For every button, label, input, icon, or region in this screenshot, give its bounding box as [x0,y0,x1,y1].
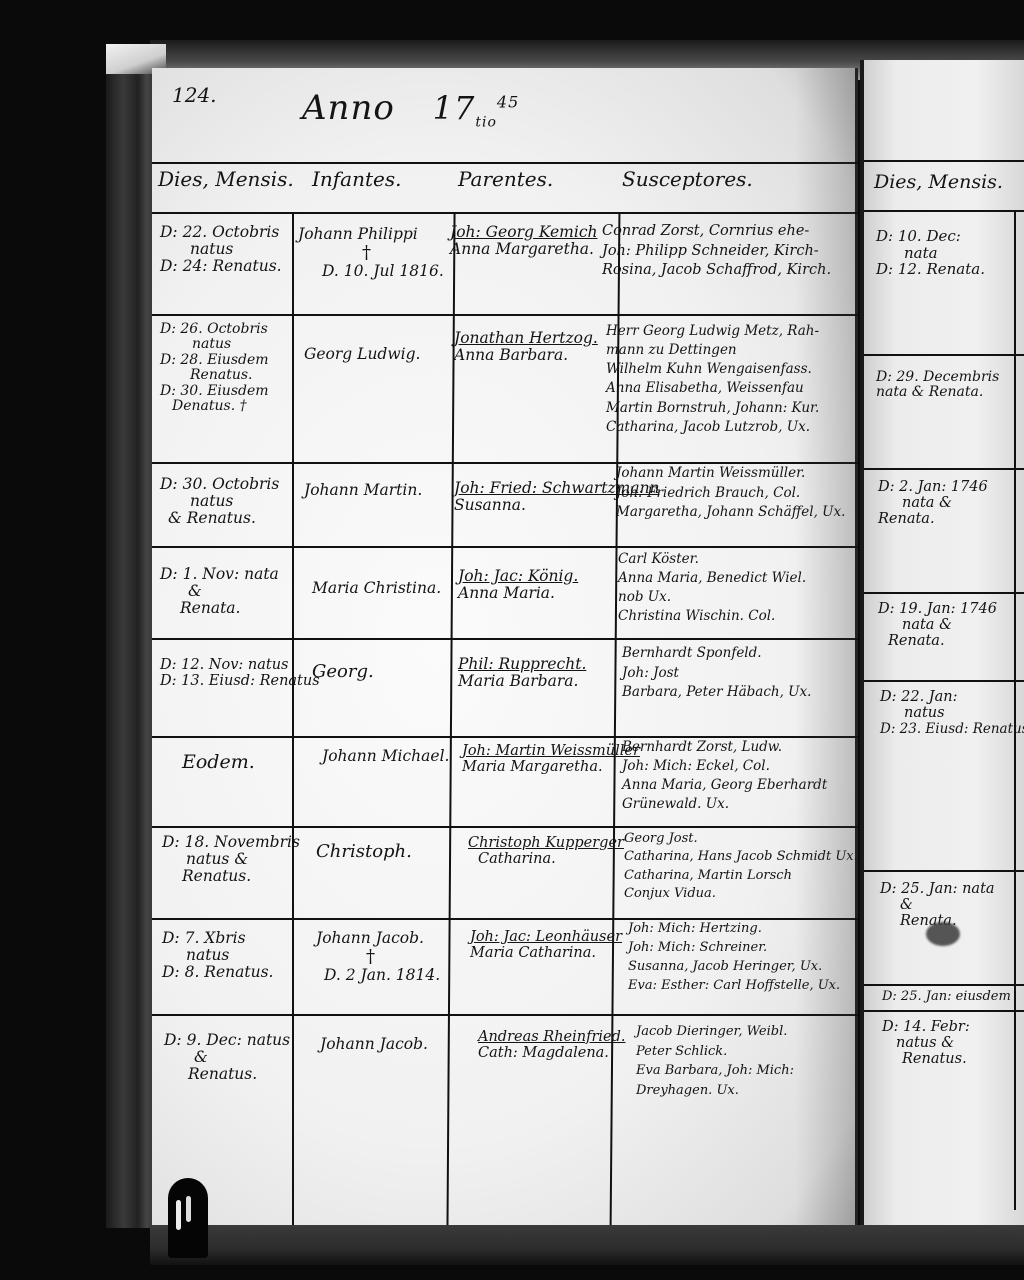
sponsor-line: mann zu Dettingen [606,341,819,360]
date-line: D: 1. Nov: nata [160,566,279,583]
facing-entry-4: D: 19. Jan: 1746 nata & Renata. [878,602,997,650]
date-line: Renatus. [162,868,300,885]
entry-8-date: D: 7. Xbris natus D: 8. Renatus. [162,930,273,981]
entry-3-date: D: 30. Octobris natus & Renatus. [160,476,279,527]
date-line: nata [876,245,985,262]
infant-name: Johann Jacob. [320,1036,428,1053]
entry-3-sponsors: Johann Martin Weissmüller. Joh: Friedric… [616,464,845,523]
row-rule [864,680,1024,682]
entry-4-parents: Joh: Jac: König. Anna Maria. [458,568,578,602]
entry-6-infant: Johann Michael. [322,748,449,765]
row-rule [864,870,1024,872]
date-line: D: 25. Jan: nata [880,882,995,898]
date-line: D: 24: Renatus. [160,258,282,275]
sponsor-line: Barbara, Peter Häbach, Ux. [622,683,811,703]
date-line: Renatus. [160,368,269,383]
row-rule [152,1014,858,1016]
infant-name: Johann Philippi [298,226,444,243]
title-year: 17tio45 [433,89,520,127]
sponsor-line: Catharina, Hans Jacob Schmidt Ux. [624,848,858,866]
sponsor-line: Christina Wischin. Col. [618,607,806,626]
facing-entry-2: D: 29. Decembris nata & Renata. [876,370,999,401]
date-line: D: 29. Decembris [876,370,999,385]
infant-name: Maria Christina. [312,580,441,597]
death-cross-icon: † [298,243,444,263]
date-line: & [164,1049,290,1066]
death-date: D. 2 Jan. 1814. [316,967,440,984]
sponsor-line: Grünewald. Ux. [622,795,827,814]
mother-name: Anna Margaretha. [450,241,597,258]
title-word: Anno [302,88,395,128]
header-rule [864,160,1024,162]
entry-1-date: D: 22. Octobris natus D: 24: Renatus. [160,224,282,275]
father-name: Andreas Rheinfried. [478,1030,626,1046]
date-line: D: 7. Xbris [162,930,273,947]
sponsor-line: Joh: Mich: Hertzing. [628,920,840,939]
date-line: D: 14. Febr: [882,1020,970,1036]
date-line: D: 9. Dec: natus [164,1032,290,1049]
page-title: Anno 17tio45 [302,90,519,131]
entry-4-sponsors: Carl Köster. Anna Maria, Benedict Wiel. … [618,550,806,626]
mother-name: Maria Catharina. [470,946,622,962]
entry-2-date: D: 26. Octobris natus D: 28. Eiusdem Ren… [160,322,269,414]
year-prefix: 17 [433,89,476,127]
sponsor-line: Anna Maria, Georg Eberhardt [622,776,827,795]
date-line: Renatus. [164,1066,290,1083]
entry-6-sponsors: Bernhardt Zorst, Ludw. Joh: Mich: Eckel,… [622,738,827,815]
sponsor-line: Eva Barbara, Joh: Mich: [636,1061,794,1081]
entry-1-infant: Johann Philippi † D. 10. Jul 1816. [298,226,444,280]
date-line: D: 13. Eiusd: Renatus [160,674,320,690]
date-line: Denatus. † [160,399,269,414]
column-rule [446,212,455,1232]
sponsor-line: Joh: Philipp Schneider, Kirch- [602,242,831,262]
father-name: Jonathan Hertzog. [454,330,598,347]
entry-9-date: D: 9. Dec: natus & Renatus. [164,1032,290,1083]
father-name: Joh: Jac: König. [458,568,578,585]
sponsor-line: Margaretha, Johann Schäffel, Ux. [616,503,845,523]
date-line: D: 22. Octobris [160,224,282,241]
entry-5-parents: Phil: Rupprecht. Maria Barbara. [458,656,586,690]
sponsor-line: Catharina, Jacob Lutzrob, Ux. [606,418,819,437]
infant-name: Georg. [312,662,374,682]
row-rule [864,984,1024,986]
entry-4-date: D: 1. Nov: nata & Renata. [160,566,279,617]
father-name: Joh: Jac: Leonhäuser [470,930,622,946]
entry-2-sponsors: Herr Georg Ludwig Metz, Rah- mann zu Det… [606,322,819,437]
date-line: natus & [162,851,300,868]
row-rule [152,546,858,548]
date-line: natus [160,241,282,258]
infant-name: Georg Ludwig. [304,346,420,363]
facing-entry-5: D: 22. Jan: natus D: 23. Eiusd: Renatus [880,690,1024,737]
date-line: D: 2. Jan: 1746 [878,480,988,496]
header-rule [152,162,858,164]
sponsor-line: nob Ux. [618,588,806,607]
facing-col-header-date: Dies, Mensis. [874,172,1003,193]
date-line: D: 10. Dec: [876,228,985,245]
entry-7-sponsors: Georg Jost. Catharina, Hans Jacob Schmid… [624,830,858,904]
row-rule [152,212,858,214]
date-line: D: 30. Eiusdem [160,384,269,399]
row-rule [152,638,858,640]
entry-5-date: D: 12. Nov: natus D: 13. Eiusd: Renatus [160,658,320,690]
date-line: & [160,583,279,600]
facing-entry-8: D: 14. Febr: natus & Renatus. [882,1020,970,1068]
date-line: D: 25. Jan: eiusdem [882,990,1011,1004]
row-rule [152,826,858,828]
mother-name: Cath: Magdalena. [478,1046,626,1062]
sponsor-line: Peter Schlick. [636,1042,794,1062]
column-rule [292,212,294,1232]
sponsor-line: Martin Bornstruh, Johann: Kur. [606,399,819,418]
page-number: 124. [172,84,217,106]
father-name: Christoph Kupperger [468,836,624,852]
mother-name: Maria Barbara. [458,673,586,690]
date-line: D: 23. Eiusd: Renatus [880,722,1024,737]
mother-name: Anna Barbara. [454,347,598,364]
sponsor-line: Eva: Esther: Carl Hoffstelle, Ux. [628,977,840,996]
mother-name: Catharina. [468,852,624,868]
entry-8-parents: Joh: Jac: Leonhäuser Maria Catharina. [470,930,622,962]
row-rule [864,468,1024,470]
page-clip [168,1178,208,1258]
col-header-sponsors: Susceptores. [622,168,753,190]
father-name: Joh: Georg Kemich [450,224,597,241]
entry-2-parents: Jonathan Hertzog. Anna Barbara. [454,330,598,364]
sponsor-line: Joh: Jost [622,664,811,684]
col-header-parents: Parentes. [458,168,553,190]
col-header-infant: Infantes. [312,168,401,190]
entry-5-infant: Georg. [312,662,374,682]
sponsor-line: Joh: Friedrich Brauch, Col. [616,484,845,504]
date-line: nata & [878,618,997,634]
sponsor-line: Susanna, Jacob Heringer, Ux. [628,958,840,977]
date-line: Renata. [878,634,997,650]
entry-7-infant: Christoph. [316,842,412,862]
entry-3-infant: Johann Martin. [304,482,422,499]
date-line: D: 8. Renatus. [162,964,273,981]
date-line: natus & [882,1036,970,1052]
date-line: D: 28. Eiusdem [160,353,269,368]
entry-1-parents: Joh: Georg Kemich Anna Margaretha. [450,224,597,258]
entry-9-sponsors: Jacob Dieringer, Weibl. Peter Schlick. E… [636,1022,794,1100]
sponsor-line: Rosina, Jacob Schaffrod, Kirch. [602,261,831,281]
date-line: D: 12. Nov: natus [160,658,320,674]
sponsor-line: Bernhardt Sponfeld. [622,644,811,664]
death-date: D. 10. Jul 1816. [298,263,444,280]
sponsor-line: Conjux Vidua. [624,885,858,903]
facing-entry-1: D: 10. Dec: nata D: 12. Renata. [876,228,985,278]
date-line: D: 19. Jan: 1746 [878,602,997,618]
infant-name: Christoph. [316,842,412,862]
facing-entry-7: D: 25. Jan: eiusdem [882,990,1011,1004]
row-rule [864,210,1024,212]
sponsor-line: Bernhardt Zorst, Ludw. [622,738,827,757]
date-line: nata & Renata. [876,385,999,400]
entry-7-parents: Christoph Kupperger Catharina. [468,836,624,868]
row-rule [864,592,1024,594]
date-line: & Renatus. [160,510,279,527]
register-page: 124. Anno 17tio45 Dies, Mensis. Infantes… [152,68,858,1233]
entry-5-sponsors: Bernhardt Sponfeld. Joh: Jost Barbara, P… [622,644,811,703]
date-line: Eodem. [182,752,255,773]
year-sub: tio [475,114,497,130]
year-suffix: 45 [497,92,519,111]
facing-page: Dies, Mensis. D: 10. Dec: nata D: 12. Re… [860,60,1024,1230]
sponsor-line: Anna Maria, Benedict Wiel. [618,569,806,588]
father-name: Phil: Rupprecht. [458,656,586,673]
mother-name: Anna Maria. [458,585,578,602]
death-cross-icon: † [316,947,440,967]
sponsor-line: Wilhelm Kuhn Wengaisenfass. [606,360,819,379]
ink-blot [926,922,960,946]
entry-2-infant: Georg Ludwig. [304,346,420,363]
scanned-register-page: 124. Anno 17tio45 Dies, Mensis. Infantes… [0,0,1024,1280]
date-line: natus [880,706,1024,722]
date-line: & [880,898,995,914]
date-line: D: 18. Novembris [162,834,300,851]
entry-6-date: Eodem. [182,752,255,773]
entry-9-parents: Andreas Rheinfried. Cath: Magdalena. [478,1030,626,1062]
entry-7-date: D: 18. Novembris natus & Renatus. [162,834,300,885]
date-line: natus [162,947,273,964]
sponsor-line: Jacob Dieringer, Weibl. [636,1022,794,1042]
sponsor-line: Johann Martin Weissmüller. [616,464,845,484]
sponsor-line: Catharina, Martin Lorsch [624,867,858,885]
date-line: D: 22. Jan: [880,690,1024,706]
row-rule [152,314,858,316]
entry-8-infant: Johann Jacob. † D. 2 Jan. 1814. [316,930,440,984]
date-line: D: 30. Octobris [160,476,279,493]
date-line: Renata. [160,600,279,617]
sponsor-line: Conrad Zorst, Cornrius ehe- [602,222,831,242]
page-bottom-edge [150,1225,1024,1265]
sponsor-line: Anna Elisabetha, Weissenfau [606,379,819,398]
date-line: natus [160,493,279,510]
entry-4-infant: Maria Christina. [312,580,441,597]
row-rule [864,354,1024,356]
date-line: D: 12. Renata. [876,261,985,278]
infant-name: Johann Jacob. [316,930,440,947]
date-line: Renatus. [882,1052,970,1068]
sponsor-line: Joh: Mich: Eckel, Col. [622,757,827,776]
date-line: D: 26. Octobris [160,322,269,337]
father-name: Joh: Martin Weissmüller [462,744,640,760]
sponsor-line: Georg Jost. [624,830,858,848]
facing-entry-3: D: 2. Jan: 1746 nata & Renata. [878,480,988,528]
sponsor-line: Dreyhagen. Ux. [636,1081,794,1101]
infant-name: Johann Martin. [304,482,422,499]
col-header-date: Dies, Mensis. [158,168,294,190]
entry-1-sponsors: Conrad Zorst, Cornrius ehe- Joh: Philipp… [602,222,831,281]
date-line: natus [160,337,269,352]
entry-9-infant: Johann Jacob. [320,1036,428,1053]
date-line: Renata. [878,512,988,528]
entry-8-sponsors: Joh: Mich: Hertzing. Joh: Mich: Schreine… [628,920,840,995]
sponsor-line: Joh: Mich: Schreiner. [628,939,840,958]
sponsor-line: Carl Köster. [618,550,806,569]
infant-name: Johann Michael. [322,748,449,765]
sponsor-line: Herr Georg Ludwig Metz, Rah- [606,322,819,341]
mother-name: Maria Margaretha. [462,760,640,776]
row-rule [864,1010,1024,1012]
date-line: nata & [878,496,988,512]
entry-6-parents: Joh: Martin Weissmüller Maria Margaretha… [462,744,640,776]
